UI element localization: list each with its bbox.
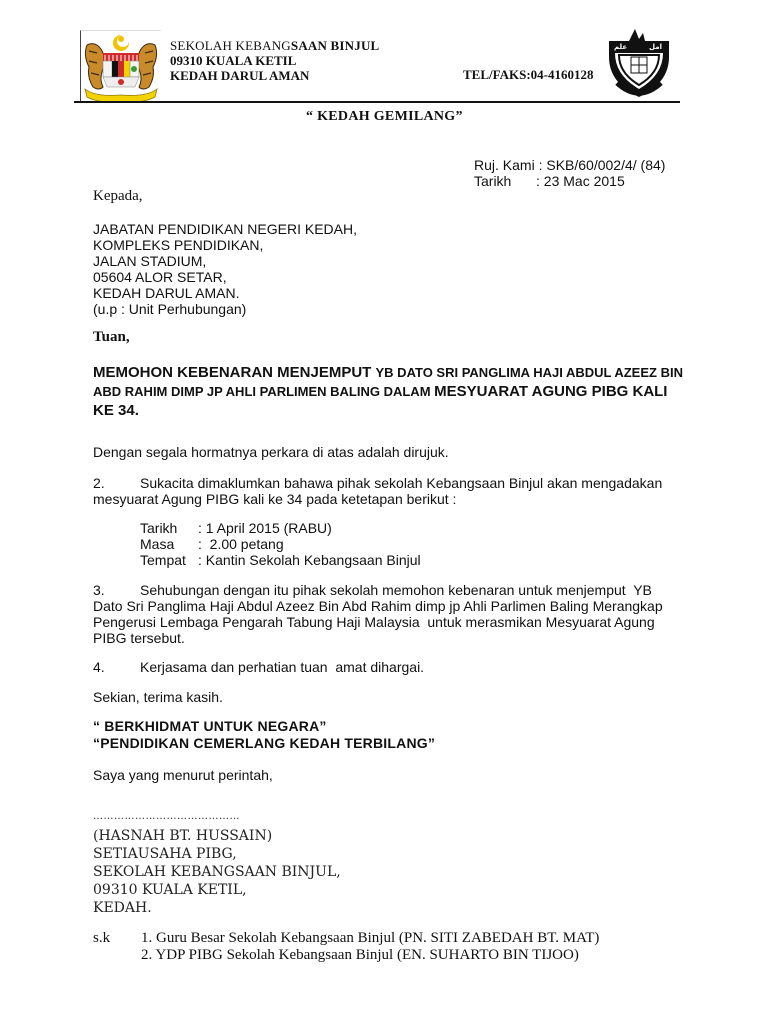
detail-row-date: Tarikh : 1 April 2015 (RABU) xyxy=(140,520,421,536)
paragraph-2: 2.Sukacita dimaklumkan bahawa pihak seko… xyxy=(93,475,683,507)
intro-paragraph: Dengan segala hormatnya perkara di atas … xyxy=(93,444,683,460)
signature-line: …………………………………… xyxy=(93,810,341,824)
detail-label: Tempat xyxy=(140,552,198,568)
signature-block: …………………………………… (HASNAH BT. HUSSAIN) SETI… xyxy=(93,810,341,917)
reference-number-row: Ruj. Kami : SKB/60/002/4/ (84) xyxy=(474,157,665,173)
paragraph-number: 2. xyxy=(93,475,140,491)
cc-item: 2. YDP PIBG Sekolah Kebangsaan Binjul (E… xyxy=(141,947,579,964)
detail-row-venue: Tempat : Kantin Sekolah Kebangsaan Binju… xyxy=(140,552,421,568)
school-postcode-city: 09310 KUALA KETIL xyxy=(170,53,379,68)
school-name-part2: SAAN BINJUL xyxy=(291,38,380,53)
greeting: Tuan, xyxy=(93,329,130,346)
signatory-title: SETIAUSAHA PIBG, xyxy=(93,845,341,863)
date-row: Tarikh : 23 Mac 2015 xyxy=(474,173,665,189)
paragraph-2-line1: 2.Sukacita dimaklumkan bahawa pihak seko… xyxy=(93,475,683,491)
cc-label: s.k xyxy=(93,930,141,947)
header-divider xyxy=(74,101,680,103)
recipient-line: KOMPLEKS PENDIDIKAN, xyxy=(93,237,357,253)
detail-label: Tarikh xyxy=(140,520,198,536)
tel-fax: TEL/FAKS:04-4160128 xyxy=(463,67,594,83)
detail-value: : 2.00 petang xyxy=(198,536,284,552)
paragraph-4-line: 4.Kerjasama dan perhatian tuan amat diha… xyxy=(93,659,683,675)
school-name-part1: SEKOLAH KEBANG xyxy=(170,38,291,53)
recipient-line: JABATAN PENDIDIKAN NEGERI KEDAH, xyxy=(93,221,357,237)
state-motto: “ KEDAH GEMILANG” xyxy=(306,109,463,125)
slogan-line: “ BERKHIDMAT UNTUK NEGARA” xyxy=(93,718,435,735)
malaysia-coat-of-arms-icon xyxy=(80,30,161,103)
cc-row: 2. YDP PIBG Sekolah Kebangsaan Binjul (E… xyxy=(93,947,599,964)
signatory-school: SEKOLAH KEBANGSAAN BINJUL, xyxy=(93,863,341,881)
closing: Sekian, terima kasih. xyxy=(93,689,683,705)
recipient-line: (u.p : Unit Perhubungan) xyxy=(93,301,357,317)
slogans: “ BERKHIDMAT UNTUK NEGARA” “PENDIDIKAN C… xyxy=(93,718,435,752)
detail-value: : 1 April 2015 (RABU) xyxy=(198,520,332,536)
recipient-line: KEDAH DARUL AMAN. xyxy=(93,285,357,301)
paragraph-text: Sukacita dimaklumkan bahawa pihak sekola… xyxy=(140,475,662,491)
school-state: KEDAH DARUL AMAN xyxy=(170,68,379,83)
detail-label: Masa xyxy=(140,536,198,552)
detail-row-time: Masa : 2.00 petang xyxy=(140,536,421,552)
reference-label: Ruj. Kami xyxy=(474,157,535,173)
letter-subject: MEMOHON KEBENARAN MENJEMPUT YB DATO SRI … xyxy=(93,363,683,420)
school-address-header: SEKOLAH KEBANGSAAN BINJUL 09310 KUALA KE… xyxy=(170,38,379,83)
school-crest-icon: ﻋﻠﻢ ﺍﻣﻞ xyxy=(605,27,673,101)
date-value: : 23 Mac 2015 xyxy=(536,173,625,189)
recipient-line: 05604 ALOR SETAR, xyxy=(93,269,357,285)
meeting-details: Tarikh : 1 April 2015 (RABU) Masa : 2.00… xyxy=(140,520,421,568)
paragraph-3-line3: Pengerusi Lembaga Pengarah Tabung Haji M… xyxy=(93,614,683,630)
signatory-name: (HASNAH BT. HUSSAIN) xyxy=(93,827,341,845)
date-label: Tarikh xyxy=(474,173,536,189)
paragraph-3-line1: 3.Sehubungan dengan itu pihak sekolah me… xyxy=(93,582,683,598)
signatory-state: KEDAH. xyxy=(93,899,341,917)
svg-text:ﻋﻠﻢ: ﻋﻠﻢ xyxy=(614,43,627,51)
sign-off-text: Saya yang menurut perintah, xyxy=(93,767,683,783)
paragraph-number: 3. xyxy=(93,582,140,598)
paragraph-3-line2: Dato Sri Panglima Haji Abdul Azeez Bin A… xyxy=(93,598,683,614)
carbon-copy: s.k 1. Guru Besar Sekolah Kebangsaan Bin… xyxy=(93,930,599,964)
recipient-line: JALAN STADIUM, xyxy=(93,253,357,269)
salutation-to: Kepada, xyxy=(93,188,143,205)
paragraph-number: 4. xyxy=(93,659,140,675)
recipient-address: JABATAN PENDIDIKAN NEGERI KEDAH, KOMPLEK… xyxy=(93,221,357,317)
paragraph-text: Kerjasama dan perhatian tuan amat diharg… xyxy=(140,659,424,675)
closing-text: Sekian, terima kasih. xyxy=(93,689,683,705)
paragraph-2-line2: mesyuarat Agung PIBG kali ke 34 pada ket… xyxy=(93,491,683,507)
reference-number: : SKB/60/002/4/ (84) xyxy=(539,157,666,173)
paragraph-text: Sehubungan dengan itu pihak sekolah memo… xyxy=(140,582,652,598)
reference-block: Ruj. Kami : SKB/60/002/4/ (84) Tarikh : … xyxy=(474,157,665,189)
intro-text: Dengan segala hormatnya perkara di atas … xyxy=(93,444,683,460)
svg-text:ﺍﻣﻞ: ﺍﻣﻞ xyxy=(649,43,662,51)
cc-label-spacer xyxy=(93,947,141,964)
sign-off: Saya yang menurut perintah, xyxy=(93,767,683,783)
signatory-city: 09310 KUALA KETIL, xyxy=(93,881,341,899)
school-name: SEKOLAH KEBANGSAAN BINJUL xyxy=(170,38,379,53)
slogan-line: “PENDIDIKAN CEMERLANG KEDAH TERBILANG” xyxy=(93,735,435,752)
detail-value: : Kantin Sekolah Kebangsaan Binjul xyxy=(198,552,421,568)
paragraph-3: 3.Sehubungan dengan itu pihak sekolah me… xyxy=(93,582,683,646)
paragraph-3-line4: PIBG tersebut. xyxy=(93,630,683,646)
subject-part1: MEMOHON KEBENARAN MENJEMPUT xyxy=(93,364,376,381)
cc-row: s.k 1. Guru Besar Sekolah Kebangsaan Bin… xyxy=(93,930,599,947)
paragraph-4: 4.Kerjasama dan perhatian tuan amat diha… xyxy=(93,659,683,675)
cc-item: 1. Guru Besar Sekolah Kebangsaan Binjul … xyxy=(141,930,599,947)
